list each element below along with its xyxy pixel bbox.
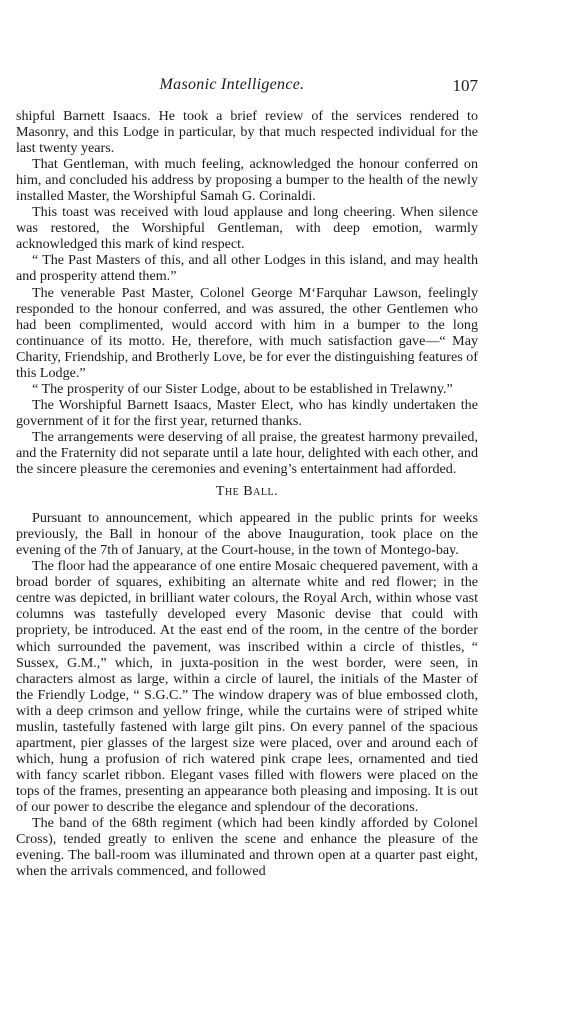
page-body: shipful Barnett Isaacs. He took a brief … <box>16 108 478 879</box>
paragraph: shipful Barnett Isaacs. He took a brief … <box>16 108 478 156</box>
running-title: Masonic Intelligence. <box>16 76 478 94</box>
paragraph: The venerable Past Master, Colonel Georg… <box>16 285 478 381</box>
paragraph: The floor had the appearance of one enti… <box>16 558 478 815</box>
paragraph: The arrangements were deserving of all p… <box>16 429 478 477</box>
paragraph: That Gentleman, with much feeling, ackno… <box>16 156 478 204</box>
paragraph: “ The prosperity of our Sister Lodge, ab… <box>16 381 478 397</box>
paragraph: The band of the 68th regiment (which had… <box>16 815 478 879</box>
paragraph: The Worshipful Barnett Isaacs, Master El… <box>16 397 478 429</box>
page-number: 107 <box>453 76 479 96</box>
paragraph: “ The Past Masters of this, and all othe… <box>16 252 478 284</box>
paragraph: Pursuant to announcement, which appeared… <box>16 510 478 558</box>
page-header: Masonic Intelligence. 107 <box>16 76 478 98</box>
section-heading: The Ball. <box>16 484 478 500</box>
paragraph: This toast was received with loud applau… <box>16 204 478 252</box>
